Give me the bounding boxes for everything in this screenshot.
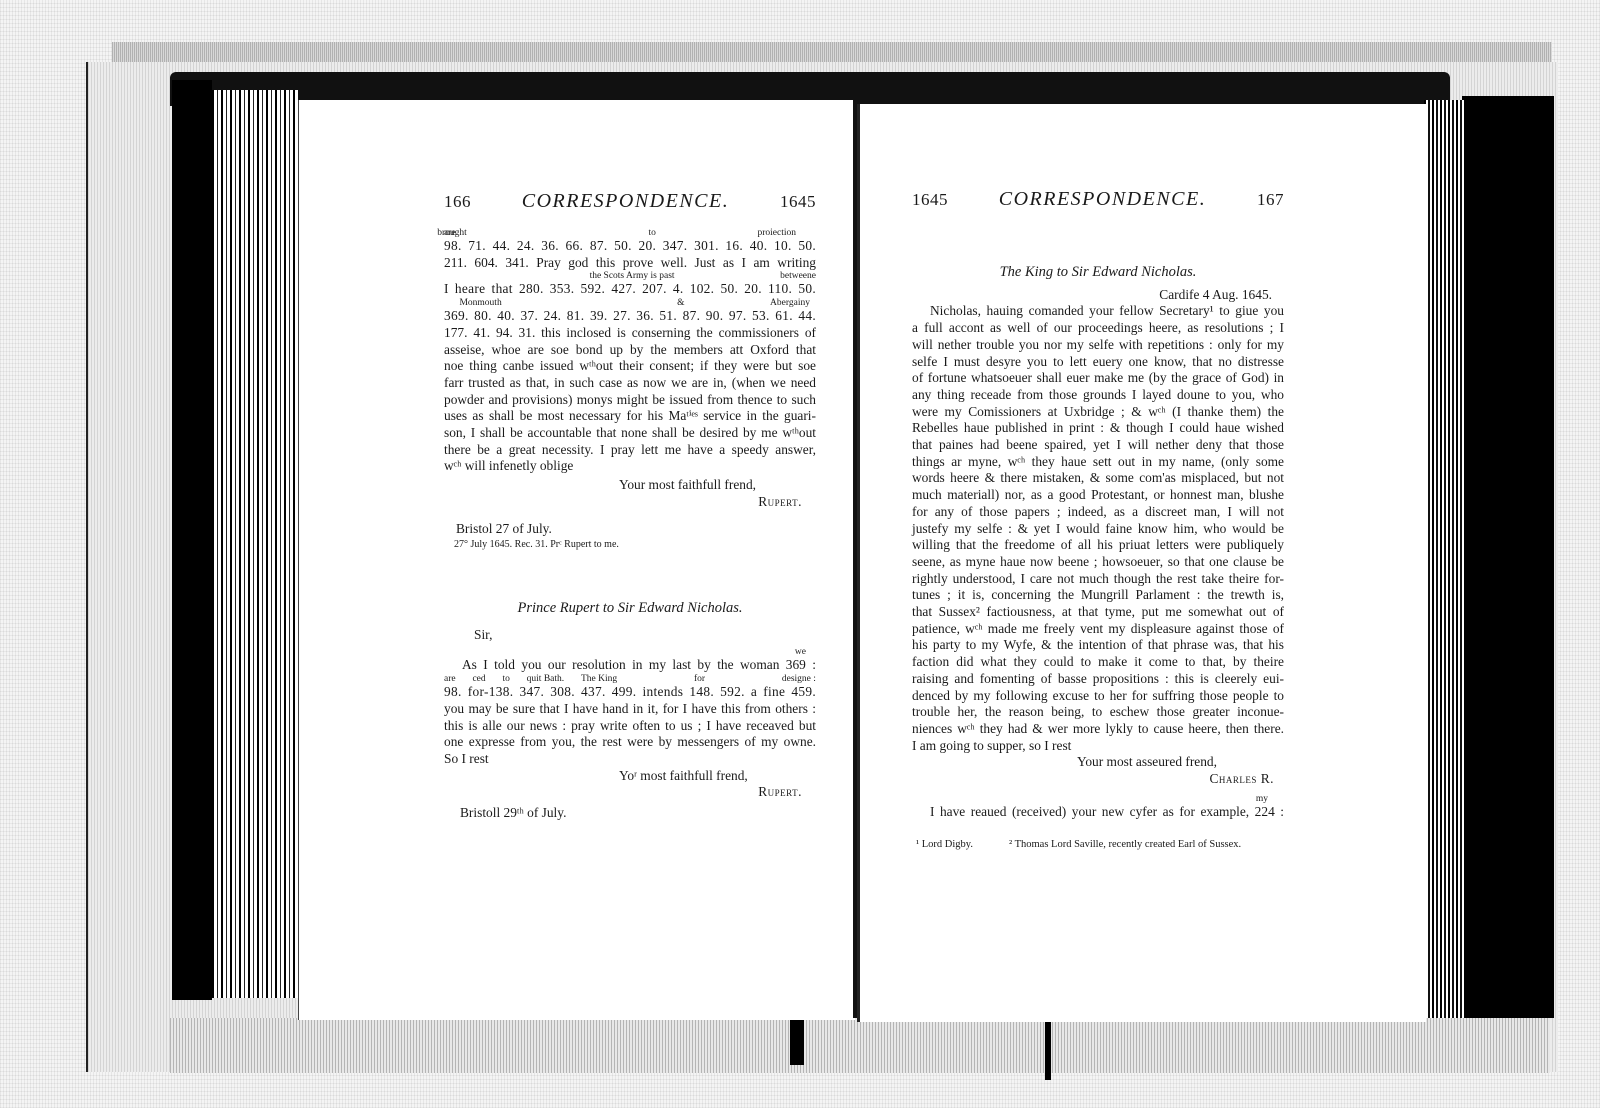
page-number: 166 xyxy=(444,192,471,212)
text-line: So I rest xyxy=(444,751,816,768)
text-line: rightly understood, I care not much thou… xyxy=(912,571,1284,588)
text-line: any thing receade from those grounds I l… xyxy=(912,387,1284,404)
text-line: Nicholas, hauing comanded your fellow Se… xyxy=(912,303,1284,320)
text-line: tunes ; it is, concerning the Mungrill P… xyxy=(912,587,1284,604)
text-line: this is alle our news : pray write often… xyxy=(444,718,816,735)
text-line: uses as shall be most necessary for his … xyxy=(444,408,816,425)
text-line: son, I shall be accountable that none sh… xyxy=(444,425,816,442)
cipher-gloss: we xyxy=(444,647,816,657)
gloss-word: Abergainy xyxy=(770,298,810,308)
gloss-word: we xyxy=(795,647,806,657)
signature: Charles R. xyxy=(912,771,1284,788)
footnote-2: ² Thomas Lord Saville, recently created … xyxy=(1009,837,1241,854)
text-line: much materiall) nor, as a good Protestan… xyxy=(912,487,1284,504)
right-page: 1645 CORRESPONDENCE. 167 The King to Sir… xyxy=(857,104,1426,1022)
footnotes: ¹ Lord Digby. ² Thomas Lord Saville, rec… xyxy=(912,837,1284,854)
text-line: things ar myne, wᶜʰ they haue sett out i… xyxy=(912,454,1284,471)
text-line: of fortune whatsoeuer shall euer make me… xyxy=(912,370,1284,387)
text-line: one expresse from you, the rest were by … xyxy=(444,734,816,751)
closing: Your most asseured frend, xyxy=(912,754,1284,771)
text-line: justefy my selfe : & yet I would faine k… xyxy=(912,521,1284,538)
footnote-1: ¹ Lord Digby. xyxy=(916,837,973,854)
text-line: 177. 41. 94. 31. this inclosed is conser… xyxy=(444,325,816,342)
cipher-gloss: are ced to quit Bath. The King for desig… xyxy=(444,674,816,684)
right-page-block-shadow xyxy=(1462,96,1554,1018)
gloss-word: & xyxy=(677,298,684,308)
gloss-word: betweene xyxy=(780,271,816,281)
text-line: asseise, whoe are soe bond up by the mem… xyxy=(444,342,816,359)
letter-title: The King to Sir Edward Nicholas. xyxy=(912,264,1284,281)
cipher-line: I heare that 280. 353. 592. 427. 207. 4.… xyxy=(444,281,816,298)
cipher-line: 98. for-138. 347. 308. 437. 499. intends… xyxy=(444,684,816,701)
place-date: Bristol 27 of July. xyxy=(444,521,816,538)
gloss-word: Monmouth xyxy=(459,298,501,308)
place-date: Bristoll 29ᵗʰ of July. xyxy=(444,805,816,822)
cipher-line: 98. 71. 44. 24. 36. 66. 87. 50. 20. 347.… xyxy=(444,238,816,255)
gloss-word: to xyxy=(502,674,509,684)
gloss-word: to xyxy=(648,228,655,238)
text-line: a full accont as well of our proceedings… xyxy=(912,320,1284,337)
gloss-word: the Scots Army is past xyxy=(590,271,675,281)
text-line: farr trusted as that, in such case as no… xyxy=(444,375,816,392)
endorsement: 27° July 1645. Rec. 31. Prᶜ Rupert to me… xyxy=(444,537,816,554)
text-line: wᶜʰ will infenetly oblige xyxy=(444,458,816,475)
text-line: his party to my Wyfe, & the intention of… xyxy=(912,637,1284,654)
gloss-word: are xyxy=(444,674,456,684)
page-header: 166 CORRESPONDENCE. 1645 xyxy=(444,190,816,213)
salutation: Sir, xyxy=(444,627,816,644)
postscript: I have reaued (received) your new cyfer … xyxy=(912,804,1284,821)
text-line: raising and fomenting of basse propositi… xyxy=(912,671,1284,688)
text-line: for any of those papers ; indeed, as a d… xyxy=(912,504,1284,521)
spine-shadow-right xyxy=(1045,1020,1051,1080)
left-page-block-shadow xyxy=(172,80,212,1000)
gloss-word: my xyxy=(1256,794,1268,804)
place-date: Cardife 4 Aug. 1645. xyxy=(912,287,1284,304)
gloss-word: The King xyxy=(581,674,617,684)
text-line: willing that the freedome of all his pri… xyxy=(912,537,1284,554)
gloss-word: for xyxy=(694,674,705,684)
text-line: As I told you our resolution in my last … xyxy=(444,657,816,674)
running-head: CORRESPONDENCE. xyxy=(999,188,1207,211)
text-line: seene, as myne haue now beene ; howsoeue… xyxy=(912,554,1284,571)
gloss-word: proiection xyxy=(757,228,796,238)
gloss-word: designe : xyxy=(782,674,816,684)
text-line: were my Comissioners at Uxbridge ; & wᶜʰ… xyxy=(912,404,1284,421)
cipher-gloss: the Scots Army is past betweene xyxy=(444,271,816,281)
page-number: 167 xyxy=(1257,190,1284,210)
closing: Your most faithfull frend, xyxy=(444,477,816,494)
left-page: 166 CORRESPONDENCE. 1645 are brought to … xyxy=(298,100,855,1020)
letter-prince-rupert: Prince Rupert to Sir Edward Nicholas. Si… xyxy=(444,600,816,822)
left-page-edges xyxy=(212,90,298,998)
signature: Rupert. xyxy=(444,784,816,801)
text-line: faction did what they could to make it c… xyxy=(912,654,1284,671)
running-head: CORRESPONDENCE. xyxy=(522,190,730,213)
gloss-word: brought xyxy=(437,228,467,238)
page-year: 1645 xyxy=(780,192,816,212)
text-line: selfe I must desyre you to lett euery on… xyxy=(912,354,1284,371)
text-line: that Sussex² factiousness, at that tyme,… xyxy=(912,604,1284,621)
signature: Rupert. xyxy=(444,494,816,511)
letter-title: Prince Rupert to Sir Edward Nicholas. xyxy=(444,600,816,617)
text-line: niences wᶜʰ they had & wer more lykly to… xyxy=(912,721,1284,738)
text-line: patience, wᶜʰ made me freely vent my dis… xyxy=(912,621,1284,638)
letter-the-king: The King to Sir Edward Nicholas. Cardife… xyxy=(912,264,1284,853)
cipher-line: 369. 80. 40. 37. 24. 81. 39. 27. 36. 51.… xyxy=(444,308,816,325)
book-bottom-surface xyxy=(170,1018,1550,1073)
text-line: denced by my following excuse to her for… xyxy=(912,688,1284,705)
page-header: 1645 CORRESPONDENCE. 167 xyxy=(912,188,1284,211)
text-line: will nether trouble you nor my selfe wit… xyxy=(912,337,1284,354)
cipher-gloss: are brought to proiection xyxy=(444,228,816,238)
gloss-word: ced xyxy=(472,674,485,684)
text-line: words heere & there mistaken, & some com… xyxy=(912,470,1284,487)
cipher-gloss: Monmouth & Abergainy xyxy=(444,298,816,308)
text-line: that paines had beene spaired, yet I wil… xyxy=(912,437,1284,454)
text-line: powder and provisions) monys might be is… xyxy=(444,392,816,409)
gloss-word: quit Bath. xyxy=(527,674,564,684)
text-line: I am going to supper, so I rest xyxy=(912,738,1284,755)
closing: Yoʳ most faithfull frend, xyxy=(444,768,816,785)
text-line: Rebelles haue published in print : & tho… xyxy=(912,420,1284,437)
text-line: 211. 604. 341. Pray god this prove well.… xyxy=(444,255,816,272)
letter-continued: are brought to proiection 98. 71. 44. 24… xyxy=(444,228,816,554)
text-line: you may be sure that I have hand in it, … xyxy=(444,701,816,718)
right-page-edges xyxy=(1424,100,1464,1018)
page-year: 1645 xyxy=(912,190,948,210)
cipher-gloss: my xyxy=(912,794,1284,804)
text-line: noe thing canbe issued wᵗʰout their cons… xyxy=(444,358,816,375)
text-line: trouble her, the reason being, to eschew… xyxy=(912,704,1284,721)
text-line: there be a great necessity. I pray lett … xyxy=(444,442,816,459)
